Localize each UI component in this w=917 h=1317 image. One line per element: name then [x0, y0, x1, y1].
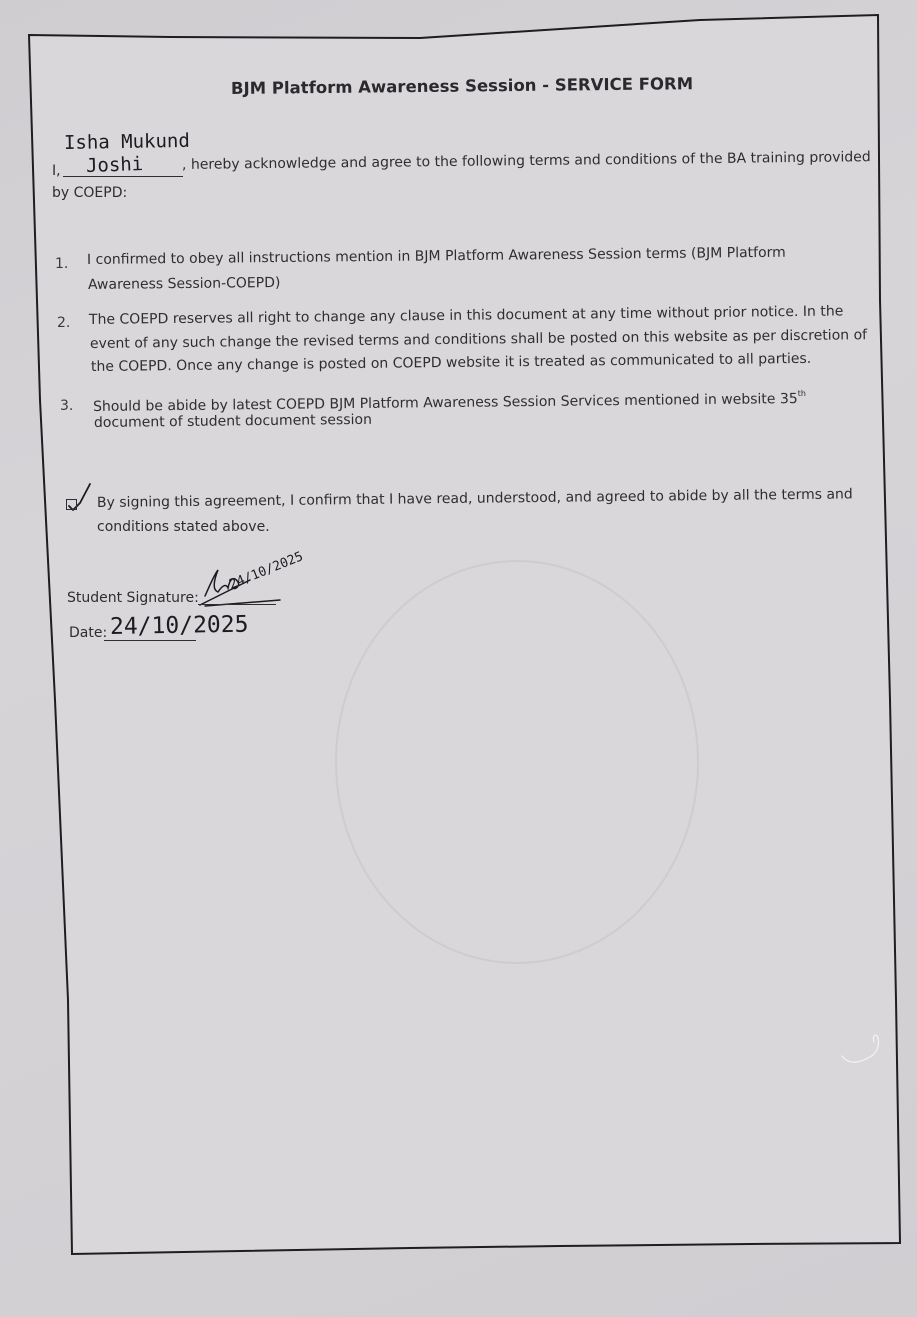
- date-underline: [104, 640, 196, 641]
- agreement-line-2: conditions stated above.: [97, 518, 270, 536]
- signature-label: Student Signature:: [67, 589, 199, 607]
- term-1-line-2: Awareness Session-COEPD): [88, 274, 281, 294]
- term-3-line-2: document of student document session: [94, 411, 372, 432]
- superscript-th: th: [798, 389, 806, 398]
- handwritten-name-line1: Isha Mukund: [64, 130, 190, 154]
- agreement-checkbox[interactable]: [66, 499, 77, 510]
- page-border: [0, 0, 917, 1317]
- term-2-number: 2.: [57, 314, 70, 332]
- term-3-number: 3.: [60, 397, 73, 415]
- intro-prefix: I,: [52, 162, 61, 180]
- name-underline: [63, 176, 183, 177]
- signature-underline: [198, 604, 276, 605]
- handwritten-date: 24/10/2025: [110, 612, 249, 640]
- date-label: Date:: [69, 624, 107, 642]
- term-1-number: 1.: [55, 255, 68, 273]
- intro-continuation: by COEPD:: [52, 184, 127, 202]
- handwritten-name-line2: Joshi: [86, 153, 144, 177]
